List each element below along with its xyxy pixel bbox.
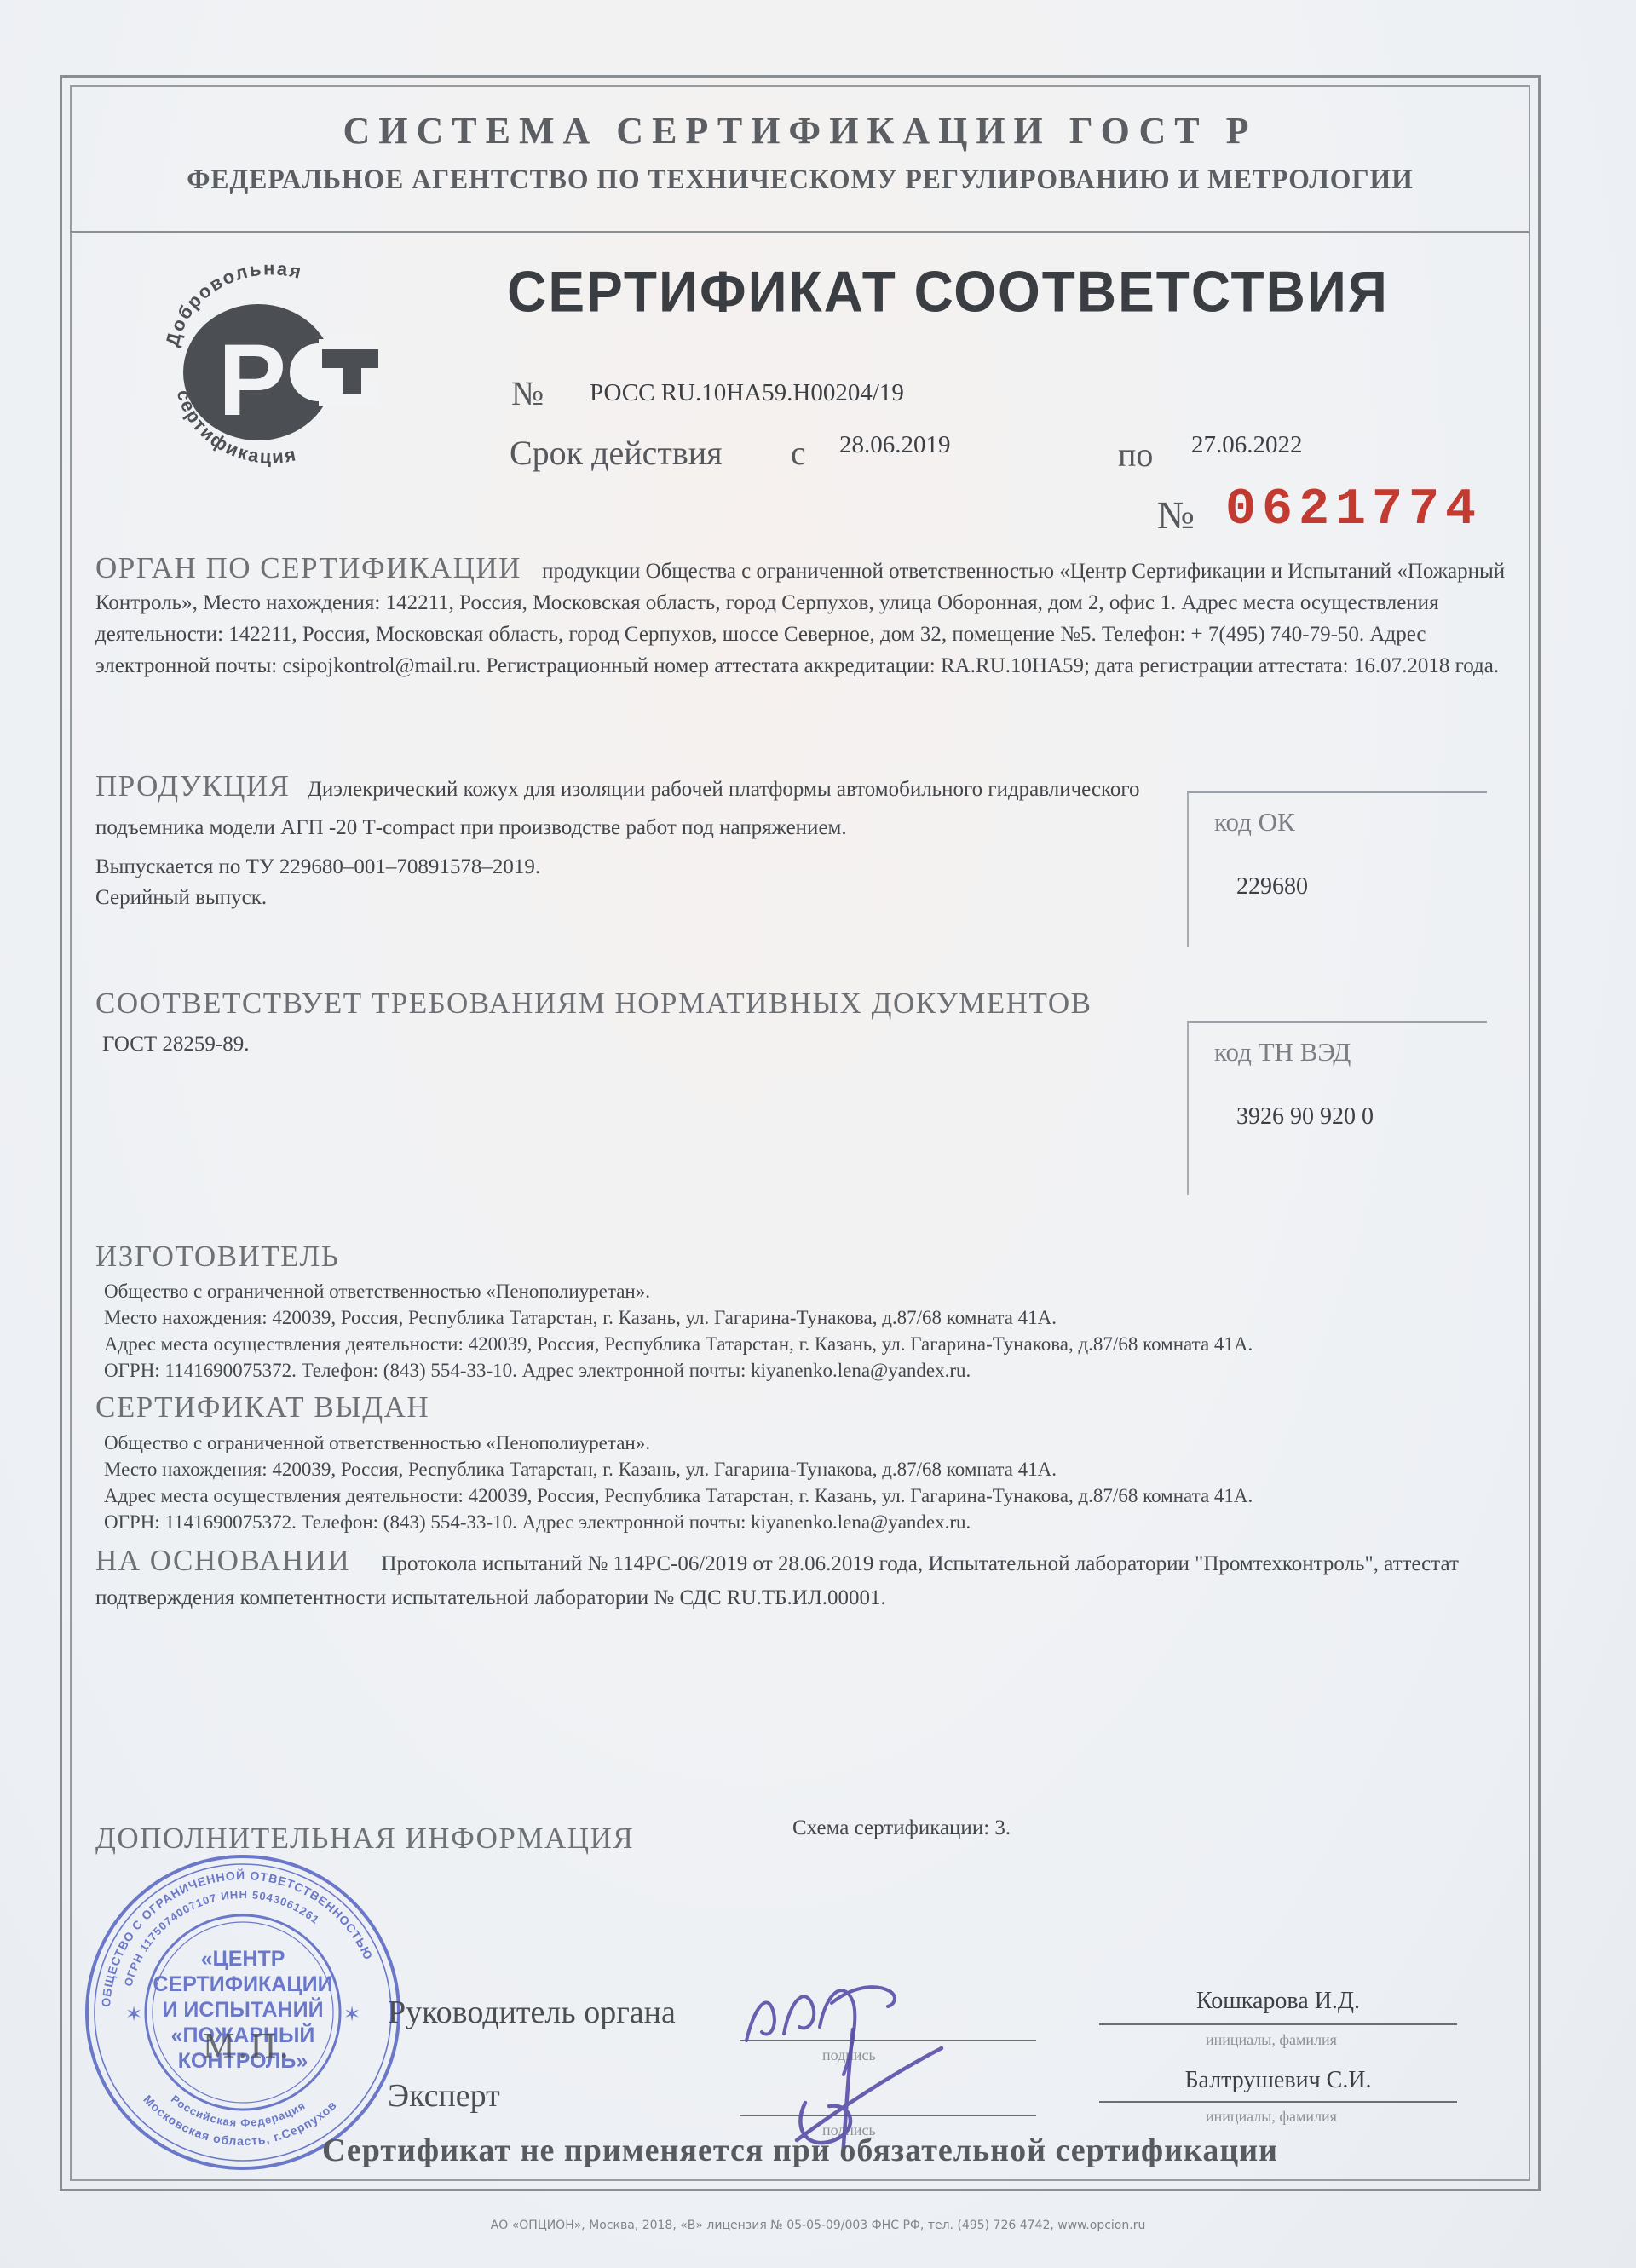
blank-number-sign: № bbox=[1157, 492, 1195, 538]
stamp-center-line: «ЦЕНТР bbox=[201, 1947, 285, 1971]
certification-body-stamp: ОБЩЕСТВО С ОГРАНИЧЕННОЙ ОТВЕТСТВЕННОСТЬЮ… bbox=[81, 1851, 405, 2174]
ok-code-box: код ОК 229680 bbox=[1187, 791, 1487, 947]
issued-to-line: ОГРН: 1141690075372. Телефон: (843) 554-… bbox=[104, 1509, 1535, 1535]
federal-agency-title: ФЕДЕРАЛЬНОЕ АГЕНТСТВО ПО ТЕХНИЧЕСКОМУ РЕ… bbox=[99, 164, 1501, 196]
certification-body-heading: ОРГАН ПО СЕРТИФИКАЦИИ bbox=[95, 551, 521, 584]
tnved-code-label: код ТН ВЭД bbox=[1214, 1037, 1487, 1068]
head-name-caption: инициалы, фамилия bbox=[1206, 2031, 1337, 2049]
product-tu-line: Выпускается по ТУ 229680–001–70891578–20… bbox=[95, 852, 1165, 883]
expert-label: Эксперт bbox=[388, 2077, 500, 2115]
basis-section: НА ОСНОВАНИИ Протокола испытаний № 114РС… bbox=[95, 1544, 1493, 1615]
reg-number-value: РОСС RU.10НА59.Н00204/19 bbox=[590, 379, 904, 407]
manufacturer-line: Общество с ограниченной ответственностью… bbox=[104, 1278, 1535, 1304]
stamp-center-line: И ИСПЫТАНИЙ bbox=[162, 1996, 323, 2022]
printer-imprint: АО «ОПЦИОН», Москва, 2018, «В» лицензия … bbox=[0, 2219, 1636, 2232]
ok-code-value: 229680 bbox=[1236, 873, 1487, 901]
validity-to-label: по bbox=[1118, 435, 1153, 475]
manufacturer-line: ОГРН: 1141690075372. Телефон: (843) 554-… bbox=[104, 1357, 1535, 1384]
issued-to-line: Место нахождения: 420039, Россия, Респуб… bbox=[104, 1456, 1535, 1482]
conformity-heading: СООТВЕТСТВУЕТ ТРЕБОВАНИЯМ НОРМАТИВНЫХ ДО… bbox=[95, 987, 1092, 1021]
document-title: СЕРТИФИКАТ СООТВЕТСТВИЯ bbox=[430, 258, 1466, 325]
manufacturer-line: Место нахождения: 420039, Россия, Респуб… bbox=[104, 1304, 1535, 1331]
manufacturer-heading: ИЗГОТОВИТЕЛЬ bbox=[95, 1240, 339, 1274]
issued-to-details: Общество с ограниченной ответственностью… bbox=[104, 1430, 1535, 1535]
head-name-line bbox=[1099, 1988, 1457, 2025]
manufacturer-line: Адрес места осуществления деятельности: … bbox=[104, 1331, 1535, 1357]
product-serial-line: Серийный выпуск. bbox=[95, 883, 1165, 913]
logo-letter-r: Р bbox=[218, 323, 286, 437]
conformity-standard: ГОСТ 28259-89. bbox=[102, 1033, 249, 1056]
issued-to-line: Общество с ограниченной ответственностью… bbox=[104, 1430, 1535, 1456]
stamp-center-line: СЕРТИФИКАЦИИ bbox=[153, 1972, 332, 1996]
manufacturer-details: Общество с ограниченной ответственностью… bbox=[104, 1278, 1535, 1384]
reg-number-sign: № bbox=[511, 373, 544, 413]
issued-to-line: Адрес места осуществления деятельности: … bbox=[104, 1482, 1535, 1509]
certification-scheme: Схема сертификации: 3. bbox=[792, 1816, 1011, 1840]
stamp-star-left: ✶ bbox=[125, 2003, 142, 2026]
product-heading: ПРОДУКЦИЯ bbox=[95, 769, 291, 803]
expert-name-line bbox=[1099, 2067, 1457, 2103]
expert-name-caption: инициалы, фамилия bbox=[1206, 2108, 1337, 2126]
blank-number-value: 0621774 bbox=[1225, 481, 1482, 539]
certification-system-title: СИСТЕМА СЕРТИФИКАЦИИ ГОСТ Р bbox=[70, 109, 1530, 153]
stamp-star-right: ✶ bbox=[343, 2003, 360, 2026]
rst-voluntary-certification-logo: Добровольная сертификация Р Т bbox=[152, 257, 390, 483]
voluntary-only-notice: Сертификат не применяется при обязательн… bbox=[60, 2132, 1541, 2169]
validity-label: Срок действия bbox=[510, 433, 723, 473]
product-section: ПРОДУКЦИЯ Диэлекрический кожух для изоля… bbox=[95, 767, 1165, 913]
issued-to-heading: СЕРТИФИКАТ ВЫДАН bbox=[95, 1390, 429, 1425]
header-band: СИСТЕМА СЕРТИФИКАЦИИ ГОСТ Р ФЕДЕРАЛЬНОЕ … bbox=[70, 85, 1530, 233]
validity-date-to: 27.06.2022 bbox=[1191, 431, 1303, 459]
certification-body-section: ОРГАН ПО СЕРТИФИКАЦИИ продукции Общества… bbox=[95, 552, 1530, 682]
stamp-place-mark: М.П. bbox=[203, 2026, 292, 2067]
validity-from-label: с bbox=[791, 433, 806, 473]
tnved-code-value: 3926 90 920 0 bbox=[1236, 1103, 1487, 1131]
ok-code-label: код ОК bbox=[1214, 807, 1487, 838]
basis-heading: НА ОСНОВАНИИ bbox=[95, 1544, 350, 1577]
tnved-code-box: код ТН ВЭД 3926 90 920 0 bbox=[1187, 1021, 1487, 1195]
validity-date-from: 28.06.2019 bbox=[839, 431, 951, 459]
head-of-body-label: Руководитель органа bbox=[388, 1994, 676, 2031]
